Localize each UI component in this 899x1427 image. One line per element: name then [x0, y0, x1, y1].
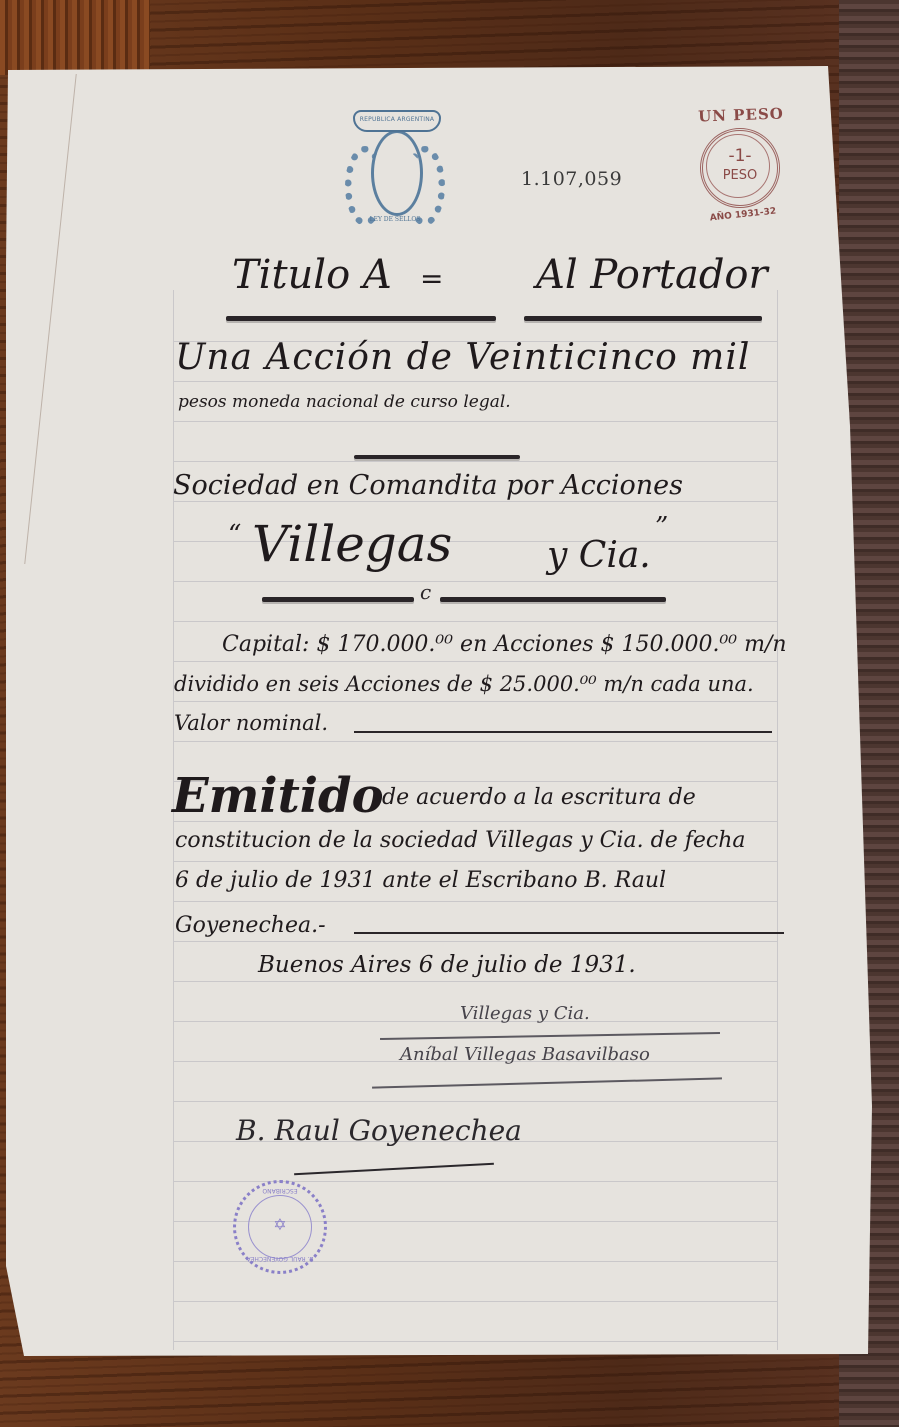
notary-rubber-stamp: ESCRIBANO ✡ B. RAUL GOYENECHEA [233, 1180, 327, 1274]
notary-stamp-bottom-text: B. RAUL GOYENECHEA [236, 1255, 324, 1262]
emission-line4: Goyenechea.- [175, 913, 326, 938]
revenue-stamp: UN PESO -1- PESO AÑO 1931-32 [686, 106, 796, 236]
notary-signature: B. Raul Goyenechea [236, 1114, 522, 1147]
title-underline-right [524, 316, 762, 321]
seal-footer: LEY DE SELLOS [365, 216, 425, 223]
seal-oval-frame [371, 130, 423, 216]
company-suffix: y Cia. [547, 535, 651, 576]
star-icon: ✡ [236, 1215, 324, 1234]
title-separator: = [420, 262, 443, 295]
capital-line2: dividido en seis Acciones de $ 25.000.⁰⁰… [174, 672, 754, 696]
title-left: Titulo A [232, 252, 392, 298]
revenue-stamp-year: AÑO 1931-32 [700, 206, 787, 225]
emission-fill-line [354, 932, 784, 934]
title-underline-left [226, 316, 496, 321]
title-right: Al Portador [536, 252, 768, 298]
notary-stamp-top-text: ESCRIBANO [236, 1187, 324, 1194]
partner-signature: Aníbal Villegas Basavilbaso [400, 1044, 650, 1065]
section-divider [354, 455, 520, 459]
capital-line1: Capital: $ 170.000.⁰⁰ en Acciones $ 150.… [222, 632, 787, 657]
emission-lead-word: Emitido [172, 768, 384, 824]
divider-ornament-icon: c [420, 580, 431, 604]
share-description-line2: pesos moneda nacional de curso legal. [178, 392, 511, 412]
emission-line3: 6 de julio de 1931 ante el Escribano B. … [175, 868, 666, 893]
company-signature: Villegas y Cia. [460, 1003, 590, 1024]
revenue-stamp-top-text: UN PESO [690, 104, 793, 126]
company-quote-open: “ [228, 520, 241, 550]
serial-number: 1.107,059 [521, 168, 622, 190]
company-name: Villegas [252, 515, 452, 573]
right-margin-line [777, 290, 778, 1350]
place-and-date: Buenos Aires 6 de julio de 1931. [258, 952, 636, 978]
share-description-line1: Una Acción de Veinticinco mil [175, 337, 750, 378]
valor-fill-line [354, 731, 772, 733]
seal-banner: REPUBLICA ARGENTINA [353, 110, 441, 132]
revenue-stamp-value: -1- [700, 146, 780, 166]
company-underline-left [262, 597, 414, 602]
company-underline-right [440, 597, 666, 602]
revenue-stamp-inner-ring [706, 134, 770, 198]
emission-line2: constitucion de la sociedad Villegas y C… [175, 828, 745, 853]
revenue-stamp-unit: PESO [700, 168, 780, 183]
company-type: Sociedad en Comandita por Acciones [173, 470, 683, 501]
capital-line3: Valor nominal. [174, 711, 328, 735]
argentine-stamp-seal: REPUBLICA ARGENTINA LEY DE SELLOS [343, 108, 447, 230]
emission-line1: de acuerdo a la escritura de [382, 785, 696, 810]
company-quote-close: ” [655, 512, 668, 542]
wooden-table-surface [0, 0, 150, 75]
